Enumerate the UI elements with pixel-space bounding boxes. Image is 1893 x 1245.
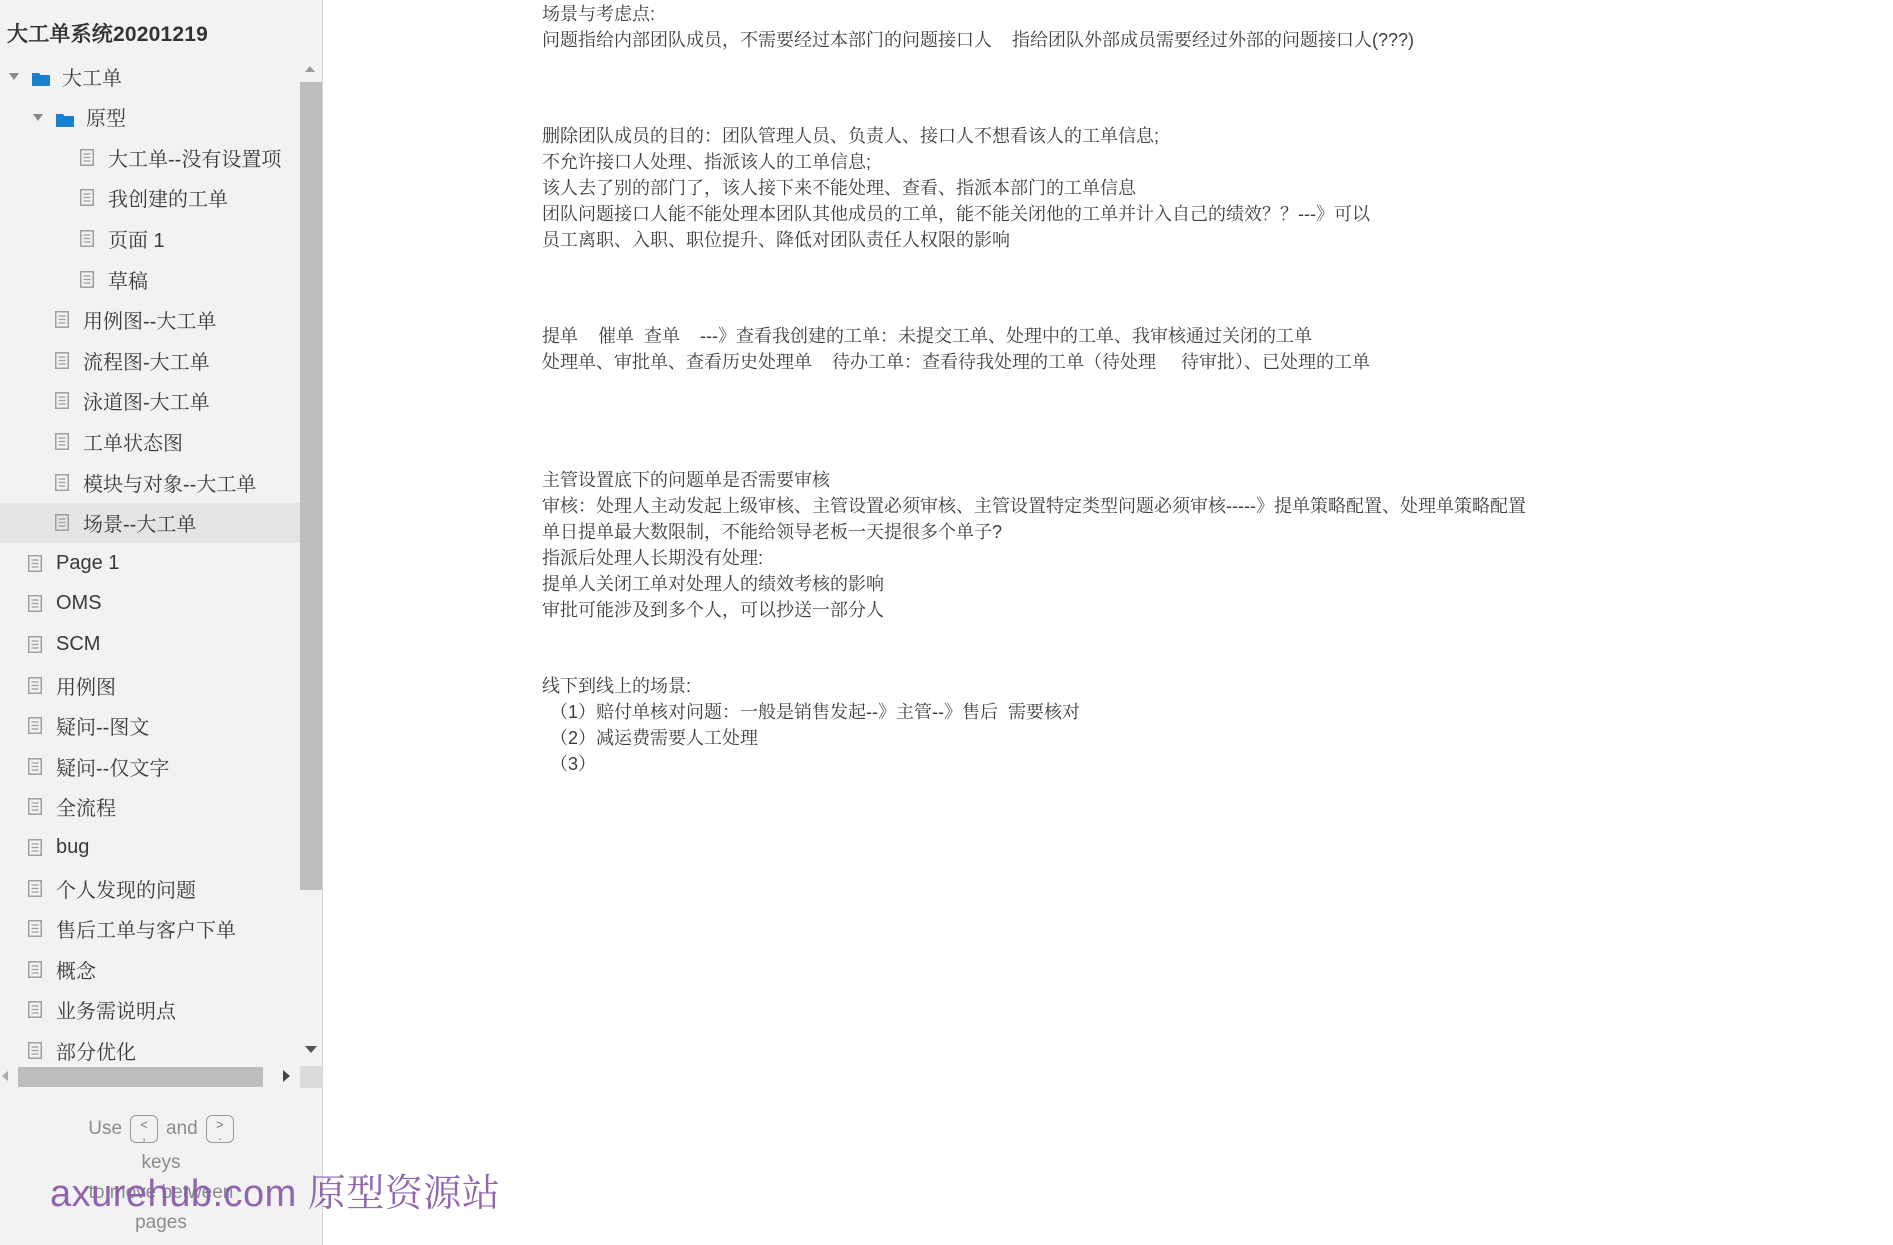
horizontal-scrollbar-thumb[interactable] [18,1067,263,1087]
page-icon [55,433,69,450]
content-text-line: 问题指给内部团队成员，不需要经过本部门的问题接口人 指给团队外部成员需要经过外部… [542,27,1414,53]
tree-item-label: 流程图-大工单 [83,346,210,375]
content-text-line: 提单 催单 查单 ---》查看我创建的工单：未提交工单、处理中的工单、我审核通过… [542,323,1312,349]
tree-page-item[interactable]: OMS [0,584,300,624]
tree-item-label: 大工单 [62,62,122,91]
page-icon [80,230,94,247]
content-text-line: （3） [550,751,596,777]
next-key-icon: >. [206,1115,234,1143]
help-and-text: and [166,1114,198,1144]
scroll-down-arrow-icon[interactable] [305,1046,317,1053]
horizontal-scrollbar[interactable] [0,1064,300,1088]
sitemap-panel: 大工单系统20201219 大工单原型大工单--没有设置项我创建的工单页面 1草… [0,0,323,1245]
page-icon [55,514,69,531]
tree-item-label: 原型 [86,102,126,131]
tree-page-item[interactable]: 疑问--仅文字 [0,746,300,786]
tree-page-item[interactable]: 模块与对象--大工单 [0,462,300,502]
tree-page-item[interactable]: 用例图--大工单 [0,300,300,340]
tree-page-item[interactable]: bug [0,827,300,867]
folder-icon [56,110,74,124]
tree-page-item[interactable]: 大工单--没有设置项 [0,137,300,177]
folder-icon [32,69,50,83]
tree-page-item[interactable]: 疑问--图文 [0,706,300,746]
tree-item-label: 页面 1 [108,224,165,253]
page-icon [55,311,69,328]
tree-page-item[interactable]: 我创建的工单 [0,178,300,218]
content-text-line: 处理单、审批单、查看历史处理单 待办工单：查看待我处理的工单（待处理 待审批）、… [542,349,1370,375]
tree-page-item[interactable]: 流程图-大工单 [0,340,300,380]
expand-caret-icon[interactable] [8,71,20,81]
page-icon [28,595,42,612]
scroll-right-arrow-icon[interactable] [283,1070,290,1082]
content-text-line: 场景与考虑点: [542,1,655,27]
tree-item-label: 大工单--没有设置项 [108,143,281,172]
tree-item-label: 概念 [56,955,96,984]
tree-page-item[interactable]: 全流程 [0,787,300,827]
tree-item-label: 全流程 [56,792,116,821]
tree-page-item[interactable]: 业务需说明点 [0,990,300,1030]
project-title: 大工单系统20201219 [7,18,208,48]
tree-page-item[interactable]: 售后工单与客户下单 [0,909,300,949]
expand-caret-icon[interactable] [32,112,44,122]
scroll-left-arrow-icon[interactable] [2,1071,8,1081]
tree-page-item[interactable]: 用例图 [0,665,300,705]
page-icon [28,677,42,694]
content-text-line: 删除团队成员的目的：团队管理人员、负责人、接口人不想看该人的工单信息; [542,123,1159,149]
tree-page-item[interactable]: 泳道图-大工单 [0,381,300,421]
content-text-line: 审核：处理人主动发起上级审核、主管设置必须审核、主管设置特定类型问题必须审核--… [542,493,1526,519]
content-text-line: 单日提单最大数限制，不能给领导老板一天提很多个单子? [542,519,1002,545]
tree-item-label: 用例图 [56,671,116,700]
tree-item-label: 我创建的工单 [108,183,228,212]
vertical-scrollbar[interactable] [300,56,322,1062]
tree-item-label: 个人发现的问题 [56,874,196,903]
tree-item-label: 草稿 [108,265,148,294]
tree-item-label: 模块与对象--大工单 [83,468,256,497]
tree-item-label: 用例图--大工单 [83,305,216,334]
tree-item-label: 业务需说明点 [56,995,176,1024]
tree-item-label: 售后工单与客户下单 [56,914,236,943]
page-icon [28,1042,42,1059]
page-icon [28,798,42,815]
content-text-line: 指派后处理人长期没有处理: [542,545,763,571]
tree-folder[interactable]: 大工单 [0,56,300,96]
page-icon [55,474,69,491]
content-text-line: 线下到线上的场景: [542,673,691,699]
content-text-line: 该人去了别的部门了，该人接下来不能处理、查看、指派本部门的工单信息 [542,175,1136,201]
help-use-text: Use [88,1114,122,1144]
page-icon [28,555,42,572]
page-icon [28,758,42,775]
tree-item-label: 泳道图-大工单 [83,386,210,415]
tree-item-label: 场景--大工单 [83,508,196,537]
page-icon [80,189,94,206]
page-icon [28,636,42,653]
page-icon [80,149,94,166]
tree-page-item[interactable]: 场景--大工单 [0,503,300,543]
tree-item-label: 疑问--图文 [56,711,149,740]
scrollbar-corner [300,1066,322,1088]
tree-item-label: 部分优化 [56,1036,136,1062]
page-icon [28,920,42,937]
tree-folder[interactable]: 原型 [0,97,300,137]
page-icon [55,352,69,369]
content-text-line: 审批可能涉及到多个人，可以抄送一部分人 [542,597,884,623]
vertical-scrollbar-thumb[interactable] [300,82,322,890]
page-icon [28,961,42,978]
page-icon [28,880,42,897]
content-text-line: 团队问题接口人能不能处理本团队其他成员的工单，能不能关闭他的工单并计入自己的绩效… [542,201,1370,227]
content-text-line: （1）赔付单核对问题：一般是销售发起--》主管--》售后 需要核对 [550,699,1080,725]
tree-page-item[interactable]: 概念 [0,949,300,989]
content-text-line: 员工离职、入职、职位提升、降低对团队责任人权限的影响 [542,227,1010,253]
watermark: axurehub.com 原型资源站 [50,1162,500,1217]
tree-item-label: 工单状态图 [83,427,183,456]
tree-item-label: SCM [56,633,100,656]
tree-page-item[interactable]: 个人发现的问题 [0,868,300,908]
page-icon [28,717,42,734]
tree-item-label: bug [56,836,89,859]
tree-page-item[interactable]: Page 1 [0,543,300,583]
page-tree: 大工单原型大工单--没有设置项我创建的工单页面 1草稿用例图--大工单流程图-大… [0,56,300,1062]
content-text-line: 不允许接口人处理、指派该人的工单信息; [542,149,871,175]
page-content: 场景与考虑点:问题指给内部团队成员，不需要经过本部门的问题接口人 指给团队外部成… [542,0,1893,1245]
scroll-up-arrow-icon[interactable] [305,66,315,72]
tree-item-label: 疑问--仅文字 [56,752,169,781]
content-text-line: （2）减运费需要人工处理 [550,725,758,751]
page-icon [80,271,94,288]
tree-page-item[interactable]: 页面 1 [0,218,300,258]
tree-page-item[interactable]: SCM [0,624,300,664]
tree-page-item[interactable]: 部分优化 [0,1030,300,1062]
page-icon [28,839,42,856]
prev-key-icon: <, [130,1115,158,1143]
page-icon [55,392,69,409]
content-text-line: 主管设置底下的问题单是否需要审核 [542,467,830,493]
content-text-line: 提单人关闭工单对处理人的绩效考核的影响 [542,571,884,597]
page-icon [28,1001,42,1018]
tree-item-label: Page 1 [56,552,119,575]
tree-page-item[interactable]: 工单状态图 [0,421,300,461]
tree-page-item[interactable]: 草稿 [0,259,300,299]
tree-item-label: OMS [56,592,102,615]
